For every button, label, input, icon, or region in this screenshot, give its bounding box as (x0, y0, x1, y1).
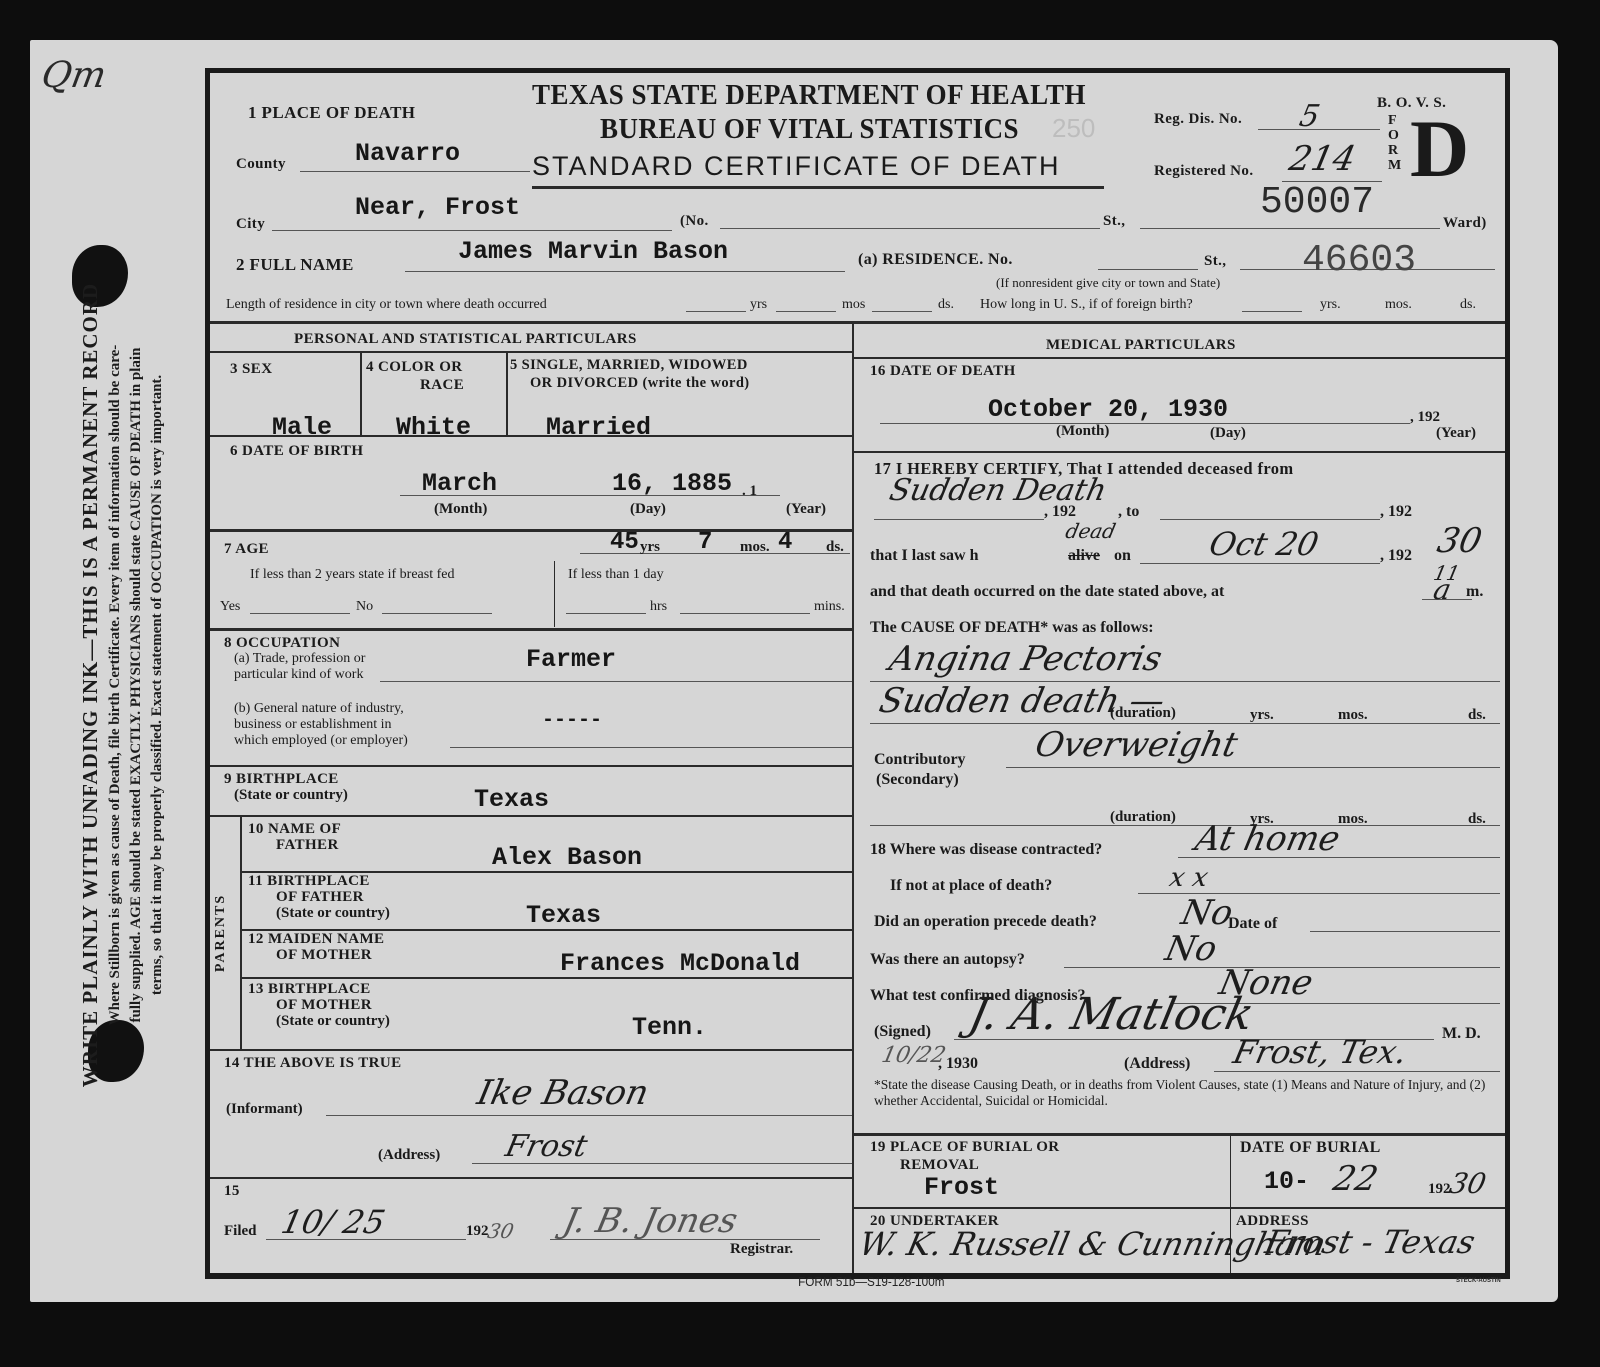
stamp-number: 50007 (1260, 181, 1374, 224)
father-birthplace-sublabel: OF FATHER (276, 889, 364, 906)
to-line (1160, 519, 1380, 520)
dob-mark: . 1 (742, 483, 757, 500)
mother-birthplace-hint: (State or country) (276, 1013, 390, 1030)
full-name-label: 2 FULL NAME (236, 255, 354, 275)
city-value: Near, Frost (355, 193, 520, 222)
residence-no-line (1098, 269, 1198, 270)
from-line (874, 519, 1044, 520)
date-of-death-label: 16 DATE OF DEATH (870, 363, 1016, 380)
reg-dis-line (1258, 129, 1380, 130)
industry-label: (b) General nature of industry, (234, 701, 404, 717)
father-birthplace-value: Texas (526, 901, 601, 930)
divider (360, 351, 362, 435)
form-letter: O (1388, 128, 1402, 143)
day-caption: (Day) (630, 501, 666, 518)
divider (852, 451, 1505, 453)
duration-yrs: yrs. (1250, 707, 1274, 724)
dob-label: 6 DATE OF BIRTH (230, 443, 363, 460)
if-not-label: If not at place of death? (890, 877, 1052, 895)
foreign-yrs-label: yrs. (1320, 297, 1341, 313)
instruction-heading: WRITE PLAINLY WITH UNFADING INK—THIS IS … (78, 105, 103, 1265)
mins-line (680, 613, 810, 614)
last-saw-line (1140, 563, 1380, 564)
md-label: M. D. (1442, 1025, 1481, 1043)
removal-label: REMOVAL (900, 1157, 979, 1174)
sex-label: 3 SEX (230, 361, 272, 378)
secondary-label: (Secondary) (876, 771, 959, 789)
title-department: TEXAS STATE DEPARTMENT OF HEALTH (532, 79, 1086, 112)
residence-label: (a) RESIDENCE. No. (858, 251, 1013, 269)
signed-year: , 1930 (938, 1055, 978, 1073)
cause-of-death-label: The CAUSE OF DEATH* was as follows: (870, 619, 1154, 637)
mother-birthplace-label: 13 BIRTHPLACE (248, 981, 371, 998)
burial-place-value: Frost (924, 1173, 999, 1202)
filed-label: Filed (224, 1223, 257, 1240)
filed-date: 10/ 25 (278, 1203, 388, 1241)
to-year: , 192 (1380, 503, 1412, 521)
personal-heading: PERSONAL AND STATISTICAL PARTICULARS (294, 331, 637, 348)
alive-struck: alive (1068, 547, 1100, 565)
city-line (272, 230, 672, 231)
marital-value: Married (546, 413, 651, 442)
burial-year: 30 (1446, 1167, 1489, 1200)
title-bureau: BUREAU OF VITAL STATISTICS (600, 113, 1019, 146)
yes-line (250, 613, 350, 614)
occupation-a-sublabel: particular kind of work (234, 667, 363, 683)
contributory-duration-line (870, 825, 1500, 826)
dob-month: March (422, 469, 497, 498)
place-of-death-label: 1 PLACE OF DEATH (248, 103, 415, 123)
duration-label: (duration) (1110, 705, 1176, 722)
cause-line-2 (870, 723, 1500, 724)
street-st-label: St., (1103, 213, 1125, 230)
father-birthplace-label: 11 BIRTHPLACE (248, 873, 370, 890)
dob-day-year: 16, 1885 (612, 469, 732, 498)
occupation-value: Farmer (526, 645, 616, 674)
age-ds-label: ds. (826, 539, 844, 556)
last-saw-year-prefix: , 192 (1380, 547, 1412, 565)
undertaker-address-value: Frost - Texas (1262, 1223, 1479, 1261)
breast-fed-label: If less than 2 years state if breast fed (250, 567, 454, 583)
foreign-ds-label: ds. (1460, 297, 1476, 313)
contributory-duration-label: (duration) (1110, 809, 1176, 826)
registered-label: Registered No. (1154, 163, 1253, 180)
mother-birthplace-sublabel: OF MOTHER (276, 997, 372, 1014)
divider (210, 628, 852, 631)
industry-sublabel-2: which employed (or employer) (234, 733, 408, 749)
age-years: 45 (610, 529, 639, 556)
m-label: m. (1466, 583, 1483, 601)
race-label: RACE (420, 377, 464, 394)
breast-fed-no: No (356, 599, 373, 615)
pencil-mark: 250 (1052, 113, 1095, 144)
dod-year-caption: (Year) (1436, 425, 1476, 442)
registrar-signature: J. B. Jones (560, 1201, 741, 1241)
county-value: Navarro (355, 139, 460, 168)
length-residence-label: Length of residence in city or town wher… (226, 297, 547, 313)
last-saw-date: Oct 20 (1206, 525, 1322, 563)
divider (506, 351, 508, 435)
age-label: 7 AGE (224, 541, 269, 558)
last-saw-year: 30 (1434, 521, 1486, 561)
foreign-mos-label: mos. (1385, 297, 1412, 313)
duration-mos: mos. (1338, 707, 1368, 724)
column-divider (852, 321, 854, 1273)
autopsy-value: No (1162, 929, 1221, 969)
last-saw-label: that I last saw h (870, 547, 978, 565)
mins-label: mins. (814, 599, 845, 615)
length-ds-label: ds. (938, 297, 954, 313)
above-is-true-label: 14 THE ABOVE IS TRUE (224, 1055, 402, 1072)
margin-note: Qm (38, 55, 109, 96)
mother-name-label: 12 MAIDEN NAME (248, 931, 384, 948)
father-birthplace-hint: (State or country) (276, 905, 390, 922)
birthplace-sublabel: (State or country) (234, 787, 348, 804)
length-yrs-line (686, 311, 746, 312)
form-vertical-label: F O R M (1388, 113, 1402, 173)
header-divider (210, 321, 1505, 324)
birthplace-label: 9 BIRTHPLACE (224, 771, 339, 788)
divider (210, 1049, 852, 1051)
registrar-label: Registrar. (730, 1241, 793, 1258)
length-yrs-label: yrs (750, 297, 767, 313)
parents-label: PARENTS (213, 894, 229, 972)
reg-dis-label: Reg. Dis. No. (1154, 111, 1242, 128)
marital-label: 5 SINGLE, MARRIED, WIDOWED (510, 357, 748, 374)
no-line (382, 613, 492, 614)
industry-value: ----- (542, 709, 602, 732)
burial-place-label: 19 PLACE OF BURIAL OR (870, 1139, 1060, 1156)
age-mos-label: mos. (740, 539, 770, 556)
attended-from-value: Sudden Death (886, 473, 1109, 508)
divider (210, 435, 852, 437)
mother-birthplace-value: Tenn. (632, 1013, 707, 1042)
age-months: 7 (698, 529, 712, 556)
divider (852, 357, 1505, 359)
father-name-value: Alex Bason (492, 843, 642, 872)
birthplace-value: Texas (474, 785, 549, 814)
divider (210, 1177, 852, 1179)
street-line (720, 228, 1100, 229)
foreign-birth-label: How long in U. S., if of foreign birth? (980, 297, 1193, 313)
dod-year-stub: , 192 (1410, 409, 1440, 426)
death-certificate-form: 1 PLACE OF DEATH TEXAS STATE DEPARTMENT … (205, 68, 1510, 1279)
if-not-value: x x (1167, 863, 1211, 893)
sex-value: Male (272, 413, 332, 442)
full-name-line (405, 271, 845, 272)
divider (852, 1207, 1505, 1209)
undertaker-signature: W. K. Russell & Cunningham (856, 1225, 1329, 1263)
operation-date-line (1310, 931, 1500, 932)
disease-contracted-label: 18 Where was disease contracted? (870, 841, 1102, 859)
burial-date-label: DATE OF BURIAL (1240, 1139, 1381, 1157)
operation-date-label: Date of (1228, 915, 1277, 933)
instruction-line: fully supplied. AGE should be stated EXA… (128, 105, 145, 1265)
burial-date-day: 22 (1330, 1159, 1382, 1199)
divider (210, 815, 852, 817)
marital-sublabel: OR DIVORCED (write the word) (530, 375, 750, 392)
divider (210, 529, 852, 532)
filed-number: 15 (224, 1183, 240, 1200)
form-letter: M (1388, 158, 1402, 173)
informant-address-label: (Address) (378, 1147, 440, 1164)
dead-correction: dead (1063, 519, 1117, 543)
physician-address-line (1214, 1071, 1500, 1072)
city-label: City (236, 216, 265, 233)
mother-name-value: Frances McDonald (560, 949, 800, 978)
age-days: 4 (778, 529, 792, 556)
dod-day-caption: (Day) (1210, 425, 1246, 442)
side-instructions: WRITE PLAINLY WITH UNFADING INK—THIS IS … (78, 105, 198, 1265)
contributory-label: Contributory (874, 751, 966, 769)
length-mos-line (776, 311, 836, 312)
parents-divider (240, 815, 242, 1051)
informant-line (326, 1115, 852, 1116)
autopsy-label: Was there an autopsy? (870, 951, 1025, 969)
hrs-label: hrs (650, 599, 667, 615)
father-name-label: 10 NAME OF (248, 821, 341, 838)
printer-mark: STECK-AUSTIN (1456, 1278, 1501, 1284)
divider (210, 351, 852, 353)
month-caption: (Month) (434, 501, 487, 518)
form-d-letter: D (1410, 109, 1469, 189)
length-ds-line (872, 311, 932, 312)
physician-address-value: Frost, Tex. (1230, 1033, 1410, 1071)
divider (240, 977, 852, 979)
physician-address-label: (Address) (1124, 1055, 1190, 1073)
instruction-line: terms, so that it may be properly classi… (149, 105, 166, 1265)
street-no-label: (No. (680, 213, 709, 230)
divider (554, 561, 555, 627)
date-of-death-value: October 20, 1930 (988, 395, 1228, 424)
nonresident-note: (If nonresident give city or town and St… (996, 275, 1220, 291)
informant-signature: Ike Bason (474, 1073, 653, 1113)
foreign-yrs-line (1242, 311, 1302, 312)
title-rule (532, 186, 1104, 189)
full-name-value: James Marvin Bason (458, 237, 728, 266)
physician-signature: J. A. Matlock (965, 989, 1259, 1040)
form-letter: R (1388, 143, 1402, 158)
disease-contracted-value: At home (1192, 819, 1344, 859)
to-label: , to (1118, 503, 1139, 521)
mother-name-sublabel: OF MOTHER (276, 947, 372, 964)
cause-of-death-primary: Angina Pectoris (886, 639, 1166, 679)
stamp-number-secondary: 46603 (1302, 239, 1416, 282)
color-label: 4 COLOR OR (366, 359, 463, 376)
industry-sublabel: business or establishment in (234, 717, 392, 733)
operation-label: Did an operation precede death? (874, 913, 1097, 931)
duration-ds: ds. (1468, 707, 1486, 724)
occupation-a-label: (a) Trade, profession or (234, 651, 365, 667)
occupation-line (380, 681, 852, 682)
race-value: White (396, 413, 471, 442)
instruction-line: Where Stillborn is given as cause of Dea… (107, 105, 124, 1265)
death-occurred-label: and that death occurred on the date stat… (870, 583, 1224, 601)
signed-label: (Signed) (874, 1023, 931, 1041)
divider (210, 765, 852, 767)
form-number: FORM 51b—S19-128-100m (798, 1274, 944, 1289)
informant-address-value: Frost (502, 1129, 590, 1164)
residence-st-label: St., (1204, 253, 1226, 270)
contributory-line (1006, 767, 1500, 768)
industry-line (450, 747, 852, 748)
title-standard-certificate: STANDARD CERTIFICATE OF DEATH (532, 151, 1061, 182)
less-than-day-label: If less than 1 day (568, 567, 664, 583)
hrs-line (566, 613, 646, 614)
occupation-label: 8 OCCUPATION (224, 635, 340, 652)
county-line (300, 171, 530, 172)
divider (852, 1133, 1505, 1136)
form-letter: F (1388, 113, 1402, 128)
breast-fed-yes: Yes (220, 599, 240, 615)
burial-date-typed: 10- (1264, 1167, 1309, 1196)
on-label: on (1114, 547, 1131, 565)
ward-line (1140, 228, 1440, 229)
cause-footnote: *State the disease Causing Death, or in … (874, 1077, 1494, 1109)
dod-month-caption: (Month) (1056, 423, 1109, 440)
contributory-duration-ds: ds. (1468, 811, 1486, 828)
filed-year: 30 (485, 1219, 516, 1243)
county-label: County (236, 156, 286, 173)
registered-value: 214 (1286, 139, 1359, 179)
age-yrs-label: yrs (640, 539, 660, 556)
informant-label: (Informant) (226, 1101, 303, 1118)
father-name-sublabel: FATHER (276, 837, 339, 854)
filed-year-prefix: 192 (466, 1223, 489, 1240)
medical-heading: MEDICAL PARTICULARS (1046, 337, 1236, 354)
year-caption: (Year) (786, 501, 826, 518)
contributory-value: Overweight (1032, 725, 1241, 765)
ward-label: Ward) (1443, 215, 1487, 232)
length-mos-label: mos (842, 297, 865, 313)
